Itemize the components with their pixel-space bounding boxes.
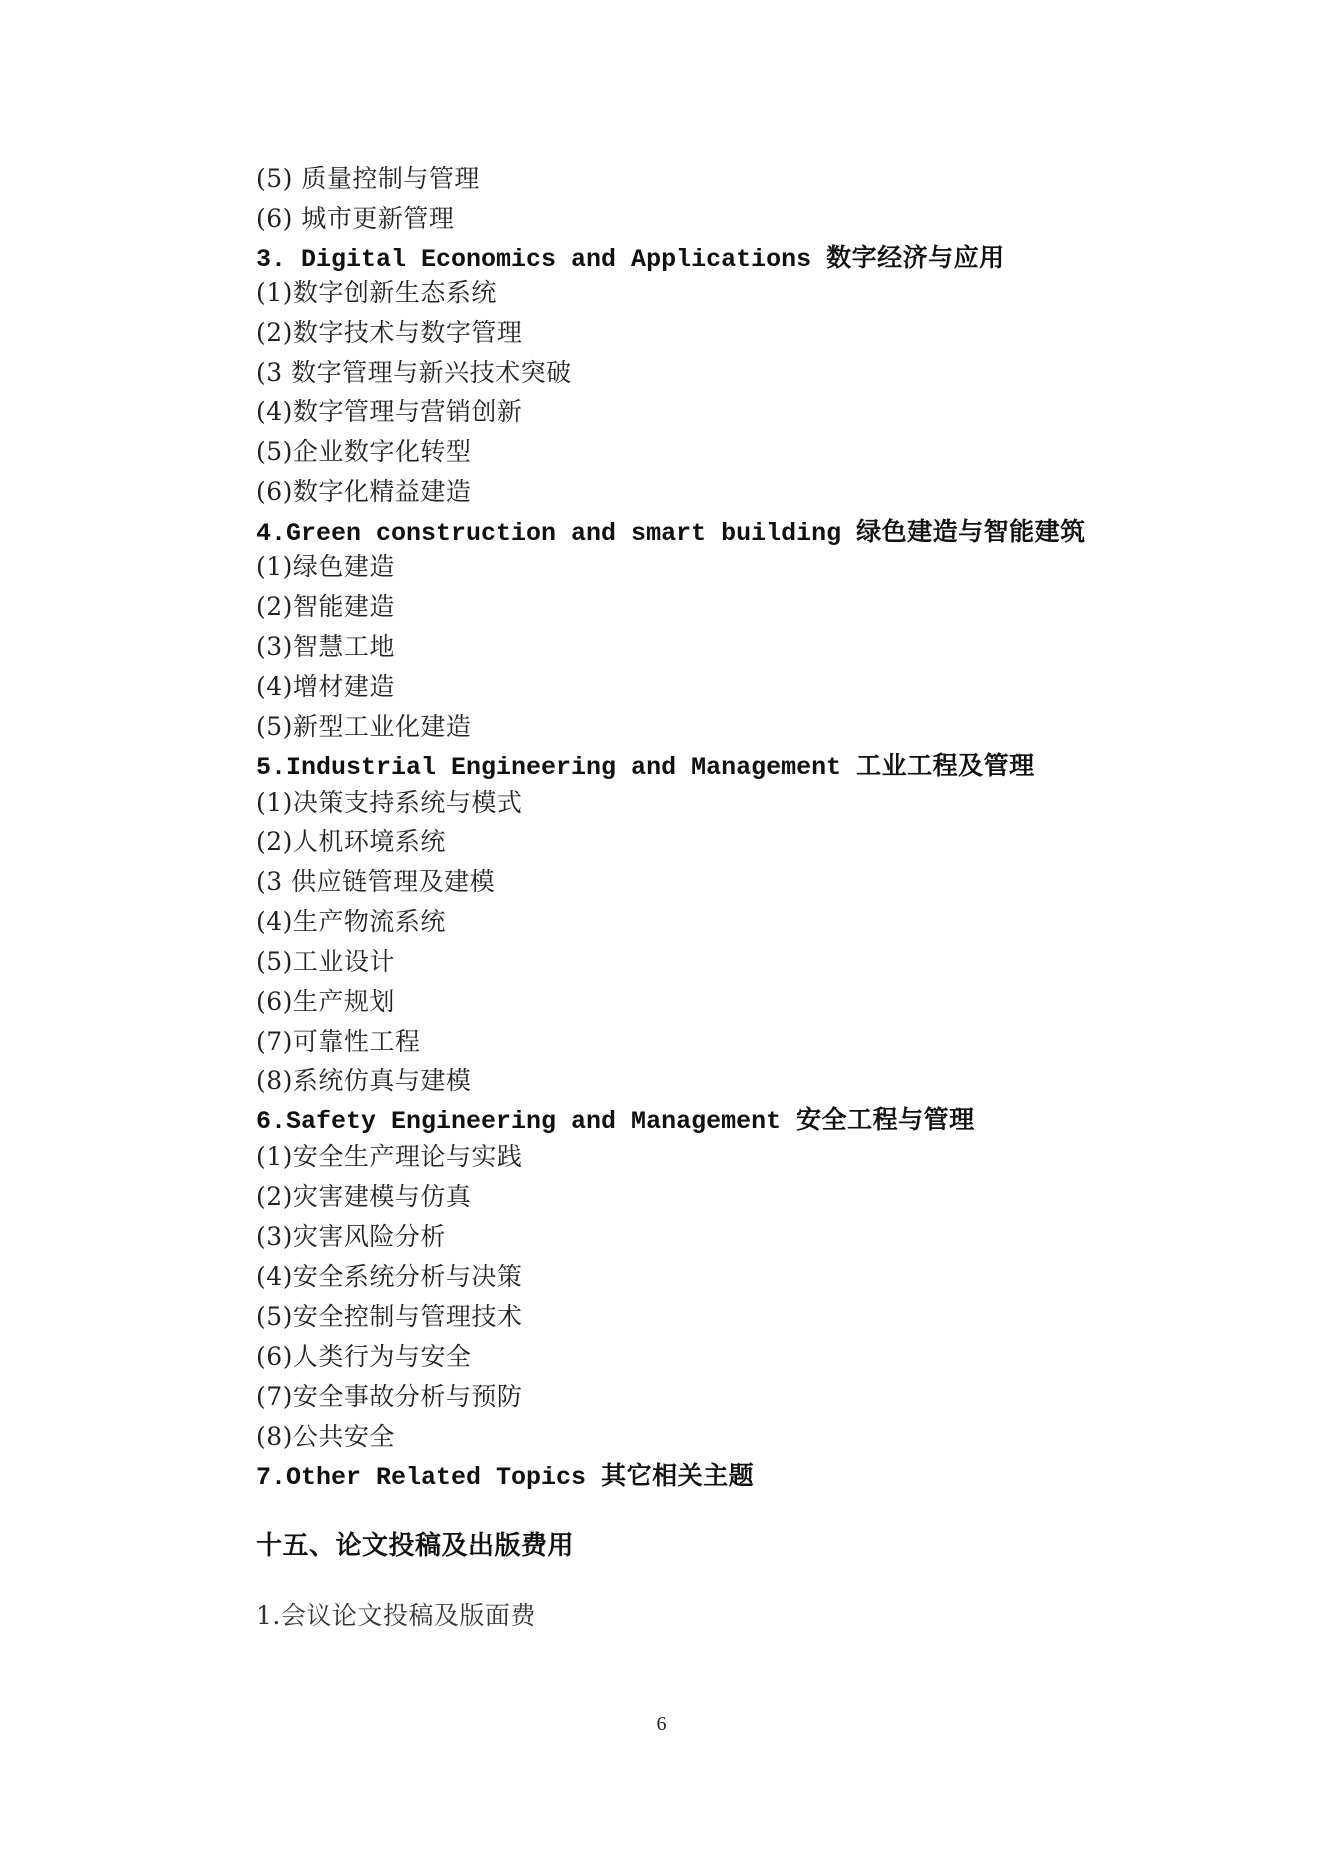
topic-heading-en: 6.Safety Engineering and Management xyxy=(256,1107,781,1136)
subtopic-item: (3 数字管理与新兴技术突破 xyxy=(256,356,572,390)
subtopic-item: (5)安全控制与管理技术 xyxy=(256,1300,522,1334)
subtopic-item: (6) 城市更新管理 xyxy=(256,202,454,236)
topic-heading-zh: 绿色建造与智能建筑 xyxy=(856,517,1086,546)
topic-heading-en: 4.Green construction and smart building xyxy=(256,519,841,548)
subtopic-item: (7)可靠性工程 xyxy=(256,1025,420,1059)
subtopic-item: (5)工业设计 xyxy=(256,945,395,979)
subtopic-item: (4)数字管理与营销创新 xyxy=(256,395,522,429)
subtopic-item: (8)公共安全 xyxy=(256,1420,395,1454)
subtopic-item: (4)生产物流系统 xyxy=(256,905,446,939)
subtopic-item: (1)安全生产理论与实践 xyxy=(256,1140,522,1174)
subtopic-item: (6)生产规划 xyxy=(256,985,395,1019)
subtopic-item: (4)安全系统分析与决策 xyxy=(256,1260,522,1294)
subtopic-item: (3)灾害风险分析 xyxy=(256,1220,446,1254)
subtopic-item: (2)灾害建模与仿真 xyxy=(256,1180,471,1214)
subtopic-item: (5)企业数字化转型 xyxy=(256,435,471,469)
document-page: 6 (5) 质量控制与管理(6) 城市更新管理3. Digital Econom… xyxy=(0,0,1323,1871)
topic-heading-en: 7.Other Related Topics xyxy=(256,1463,586,1492)
subtopic-item: (3 供应链管理及建模 xyxy=(256,865,495,899)
subtopic-item: (3)智慧工地 xyxy=(256,630,395,664)
topic-heading: 3. Digital Economics and Applications 数字… xyxy=(256,241,1005,277)
section-title: 十五、论文投稿及出版费用 xyxy=(256,1529,574,1563)
subtopic-item: (8)系统仿真与建模 xyxy=(256,1064,471,1098)
topic-heading-en: 5.Industrial Engineering and Management xyxy=(256,753,841,782)
subtopic-item: (7)安全事故分析与预防 xyxy=(256,1380,522,1414)
subtopic-item: (1)数字创新生态系统 xyxy=(256,276,497,310)
subtopic-item: (5)新型工业化建造 xyxy=(256,710,471,744)
subtopic-item: (2)智能建造 xyxy=(256,590,395,624)
subtopic-item: (4)增材建造 xyxy=(256,670,395,704)
subtopic-item: (6)数字化精益建造 xyxy=(256,475,471,509)
subtopic-item: (6)人类行为与安全 xyxy=(256,1340,471,1374)
subsection-title: 1.会议论文投稿及版面费 xyxy=(256,1599,536,1633)
topic-heading-zh: 工业工程及管理 xyxy=(856,751,1035,780)
topic-heading-zh: 数字经济与应用 xyxy=(826,243,1005,272)
subtopic-item: (2)人机环境系统 xyxy=(256,825,446,859)
topic-heading: 7.Other Related Topics 其它相关主题 xyxy=(256,1459,754,1495)
subtopic-item: (1)决策支持系统与模式 xyxy=(256,786,522,820)
topic-heading-zh: 安全工程与管理 xyxy=(796,1105,975,1134)
subtopic-item: (1)绿色建造 xyxy=(256,550,395,584)
topic-heading: 5.Industrial Engineering and Management … xyxy=(256,749,1035,785)
subtopic-item: (5) 质量控制与管理 xyxy=(256,162,480,196)
topic-heading: 6.Safety Engineering and Management 安全工程… xyxy=(256,1103,975,1139)
topic-heading-en: 3. Digital Economics and Applications xyxy=(256,245,811,274)
subtopic-item: (2)数字技术与数字管理 xyxy=(256,316,522,350)
topic-heading-zh: 其它相关主题 xyxy=(601,1461,754,1490)
topic-heading: 4.Green construction and smart building … xyxy=(256,515,1086,551)
page-number: 6 xyxy=(0,1713,1323,1736)
